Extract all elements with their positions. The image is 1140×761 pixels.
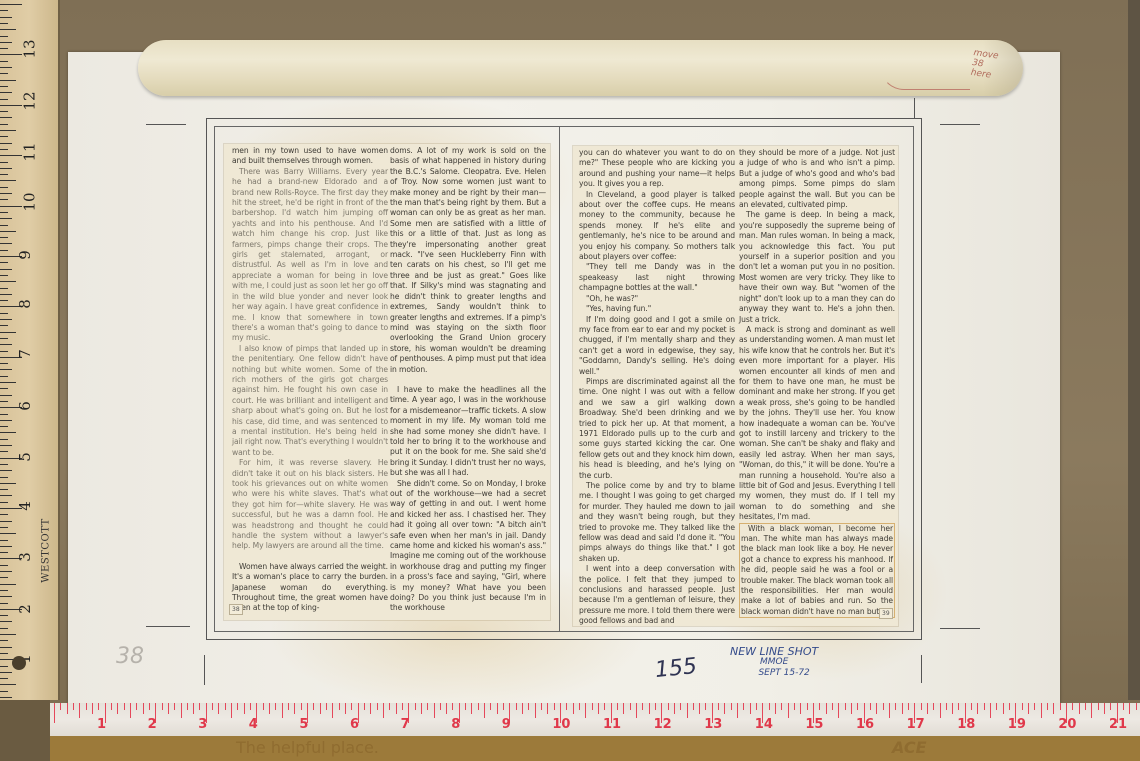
ruler-tick xyxy=(301,703,302,710)
ruler-tick xyxy=(364,703,365,710)
ruler-tick xyxy=(851,703,852,714)
ruler-tick xyxy=(345,703,346,714)
horizontal-ruler: 123456789101112131415161718192021 xyxy=(50,703,1140,736)
ruler-tick xyxy=(0,319,12,320)
ruler-tick xyxy=(1072,703,1073,710)
ruler-tick xyxy=(98,703,99,710)
crop-mark xyxy=(204,655,205,685)
ruler-tick xyxy=(288,703,289,710)
ruler-tick xyxy=(0,571,12,572)
crop-mark xyxy=(914,98,915,118)
ruler-tick xyxy=(0,470,12,471)
ruler-tick xyxy=(0,225,8,226)
ruler-tick xyxy=(0,540,8,541)
note-line: NEW LINE SHOT xyxy=(730,646,818,657)
ruler-tick xyxy=(750,703,751,714)
ruler-tick xyxy=(743,703,744,710)
ruler-tick xyxy=(0,136,8,137)
ruler-tick xyxy=(554,703,555,710)
ruler-tick xyxy=(402,703,403,710)
ruler-tick xyxy=(174,703,175,710)
ruler-tick xyxy=(0,344,12,345)
ruler-tick xyxy=(92,703,93,714)
ruler-tick xyxy=(143,703,144,714)
ruler-tick xyxy=(1003,703,1004,714)
gutter-line xyxy=(559,126,560,632)
ruler-tick xyxy=(199,703,200,710)
ruler-number: 12 xyxy=(21,91,39,110)
ruler-tick xyxy=(250,703,251,710)
paragraph: I also know of pimps that landed up in t… xyxy=(232,344,388,458)
ruler-tick xyxy=(0,73,8,74)
ruler-number: 13 xyxy=(704,717,722,732)
ruler-tick xyxy=(434,703,435,718)
handwritten-note: NEW LINE SHOT MMOE SEPT 15-72 xyxy=(730,646,818,679)
ruler-tick xyxy=(649,703,650,714)
ruler-tick xyxy=(351,703,352,710)
ruler-tick xyxy=(0,250,8,251)
ruler-tick xyxy=(244,703,245,714)
ruler-number: 2 xyxy=(148,717,157,732)
paragraph: If I'm doing good and I got a smile on m… xyxy=(579,315,735,377)
ruler-tick xyxy=(0,388,8,389)
ruler-tick xyxy=(0,231,16,232)
ruler-tick xyxy=(832,703,833,710)
ruler-tick xyxy=(0,590,8,591)
page-number: 39 xyxy=(879,608,893,619)
ruler-number: 5 xyxy=(299,717,308,732)
vertical-ruler: 13 12 11 10 9 8 7 6 5 4 3 2 1 WESTCOTT xyxy=(0,0,60,700)
ruler-tick xyxy=(0,218,12,219)
ruler-tick xyxy=(0,514,8,515)
ruler-number: 11 xyxy=(603,717,621,732)
ruler-tick xyxy=(0,634,16,635)
ruler-tick xyxy=(579,703,580,710)
ruler-tick xyxy=(737,703,738,718)
paragraph: In Cleveland, a good player is talked ab… xyxy=(579,190,735,263)
ruler-tick xyxy=(0,149,8,150)
ruler-tick xyxy=(0,420,12,421)
job-number: 155 xyxy=(654,654,698,683)
ruler-tick xyxy=(0,111,8,112)
ruler-tick xyxy=(1034,703,1035,710)
ruler-tick xyxy=(320,703,321,714)
column-left-2: doms. A lot of my work is sold on the ba… xyxy=(390,146,546,614)
ruler-tick xyxy=(769,703,770,710)
ruler-tick xyxy=(0,124,8,125)
ruler-tick xyxy=(0,243,12,244)
ruler-tick xyxy=(54,703,55,723)
ruler-tick xyxy=(0,395,12,396)
ruler-tick xyxy=(990,703,991,718)
ruler-tick xyxy=(332,703,333,718)
ruler-logo: ACE xyxy=(892,738,927,757)
ruler-tick xyxy=(415,703,416,710)
ruler-tick xyxy=(0,615,8,616)
ruler-tick xyxy=(237,703,238,710)
ruler-tick xyxy=(0,439,8,440)
ruler-tick xyxy=(503,703,504,710)
ruler-tick xyxy=(0,603,8,604)
ruler-tick xyxy=(535,703,536,718)
ruler-tick xyxy=(547,703,548,714)
note-line: SEPT 15-72 xyxy=(750,668,818,679)
ruler-tick xyxy=(0,376,8,377)
ruler-tick xyxy=(421,703,422,714)
ruler-tick xyxy=(0,464,8,465)
ruler-tick xyxy=(971,703,972,710)
ruler-tick xyxy=(0,697,12,698)
ruler-tick xyxy=(0,672,12,673)
ruler-tick xyxy=(60,703,61,710)
ruler-tick xyxy=(0,628,8,629)
ruler-tick xyxy=(883,703,884,710)
ruler-tick xyxy=(0,445,12,446)
paragraph: doms. A lot of my work is sold on the ba… xyxy=(390,146,546,375)
ruler-tick xyxy=(0,48,8,49)
overlay-handwritten-note: move 38 here xyxy=(970,48,1004,82)
ruler-tick xyxy=(984,703,985,710)
ruler-tick xyxy=(0,495,12,496)
ruler-tick xyxy=(0,684,16,685)
note-line: MMOE xyxy=(730,657,818,668)
ruler-tick xyxy=(0,294,12,295)
ruler-tick xyxy=(181,703,182,718)
ruler-tick xyxy=(275,703,276,710)
ruler-tick xyxy=(0,426,8,427)
ruler-tick xyxy=(775,703,776,714)
ruler-tick xyxy=(0,105,22,106)
paragraph: "Oh, he was?" xyxy=(579,294,735,304)
ruler-tick xyxy=(0,42,12,43)
ruler-tick xyxy=(0,237,8,238)
paragraph: The game is deep. In being a mack, you'r… xyxy=(739,210,895,324)
ruler-number: 14 xyxy=(755,717,773,732)
ruler-tick xyxy=(0,451,8,452)
ruler-tick xyxy=(0,92,12,93)
ruler-tick xyxy=(0,29,16,30)
ruler-tick xyxy=(0,640,8,641)
ruler-tick xyxy=(0,691,8,692)
ruler-brand: WESTCOTT xyxy=(41,518,52,582)
ruler-tick xyxy=(218,703,219,714)
ruler-number: 15 xyxy=(805,717,823,732)
ruler-tick xyxy=(933,703,934,710)
ruler-tick xyxy=(0,369,12,370)
ruler-tick xyxy=(0,577,8,578)
ruler-tick xyxy=(876,703,877,714)
ruler-tick xyxy=(339,703,340,710)
ruler-tick xyxy=(484,703,485,718)
ruler-tick xyxy=(0,653,8,654)
ruler-tick xyxy=(927,703,928,714)
ruler-tick xyxy=(471,703,472,714)
ruler-tick xyxy=(326,703,327,710)
ruler-tick xyxy=(655,703,656,710)
ruler-tick xyxy=(908,703,909,710)
paragraph: For him, it was reverse slavery. He didn… xyxy=(232,458,388,552)
ruler-tick xyxy=(0,206,22,207)
ruler-number: 1 xyxy=(97,717,106,732)
ruler-number: 8 xyxy=(16,299,34,309)
ruler-tick xyxy=(0,477,8,478)
ruler-tick xyxy=(162,703,163,710)
ruler-tick xyxy=(73,703,74,710)
ruler-tick xyxy=(0,313,8,314)
ruler-tick xyxy=(1079,703,1080,714)
ruler-tick xyxy=(573,703,574,714)
ruler-tick xyxy=(117,703,118,714)
ruler-tick xyxy=(187,703,188,710)
paragraph: "They tell me Dandy was in the speakeasy… xyxy=(579,262,735,293)
crop-mark xyxy=(921,655,922,683)
ruler-tick xyxy=(149,703,150,710)
ruler-tick xyxy=(465,703,466,710)
ruler-tick xyxy=(269,703,270,714)
ruler-number: 19 xyxy=(1008,717,1026,732)
ruler-tick xyxy=(1022,703,1023,710)
ruler-tick xyxy=(598,703,599,714)
ruler-tick xyxy=(389,703,390,710)
paragraph: I have to make the headlines all the tim… xyxy=(390,385,546,479)
ruler-tick xyxy=(490,703,491,710)
ruler-tick xyxy=(0,300,8,301)
ruler-tick xyxy=(0,325,8,326)
ruler-tick xyxy=(0,502,8,503)
ruler-tick xyxy=(0,552,8,553)
ruler-number: 10 xyxy=(552,717,570,732)
ruler-tick xyxy=(756,703,757,710)
ruler-tick xyxy=(0,143,12,144)
paragraph: "Yes, having fun." xyxy=(579,304,735,314)
ruler-tick xyxy=(377,703,378,710)
ruler-hang-hole xyxy=(12,656,26,670)
crop-mark xyxy=(940,124,980,125)
ruler-tick xyxy=(0,596,12,597)
table-corner xyxy=(0,700,50,761)
ruler-tick xyxy=(516,703,517,710)
ruler-number: 8 xyxy=(451,717,460,732)
ruler-tick xyxy=(946,703,947,710)
ruler-tick xyxy=(0,363,8,364)
ruler-tick xyxy=(724,703,725,714)
ruler-number: 3 xyxy=(16,552,34,562)
ruler-tick xyxy=(889,703,890,718)
ruler-tick xyxy=(921,703,922,710)
ruler-tick xyxy=(0,533,16,534)
ruler-tick xyxy=(0,489,8,490)
ruler-tick xyxy=(0,67,12,68)
ruler-tick xyxy=(845,703,846,710)
page-number: 38 xyxy=(229,604,243,615)
ruler-tick xyxy=(1053,703,1054,714)
ruler-tick xyxy=(617,703,618,710)
ruler-number: 7 xyxy=(401,717,410,732)
ruler-tick xyxy=(0,351,8,352)
ruler-tick xyxy=(0,193,12,194)
ruler-tick xyxy=(940,703,941,718)
ruler-tick xyxy=(522,703,523,714)
ruler-tick xyxy=(794,703,795,710)
ruler-tick xyxy=(313,703,314,710)
ruler-tick xyxy=(566,703,567,710)
paragraph: you can do whatever you want to do on me… xyxy=(579,148,735,190)
ruler-tick xyxy=(807,703,808,710)
ruler-tick xyxy=(718,703,719,710)
ruler-tick xyxy=(977,703,978,714)
ruler-tick xyxy=(79,703,80,718)
ruler-tick xyxy=(168,703,169,714)
ruler-number: 2 xyxy=(16,604,34,614)
paragraph: I went into a deep conversation with the… xyxy=(579,564,735,626)
ruler-tick xyxy=(0,678,8,679)
ruler-tick xyxy=(0,117,12,118)
ruler-tick xyxy=(383,703,384,718)
ruler-tick xyxy=(636,703,637,718)
ruler-number: 6 xyxy=(350,717,359,732)
ruler-tick xyxy=(0,414,8,415)
ruler-tick xyxy=(687,703,688,718)
crop-mark xyxy=(940,628,980,629)
ruler-tick xyxy=(604,703,605,710)
ruler-number: 20 xyxy=(1058,717,1076,732)
paragraph: She didn't come. So on Monday, I broke o… xyxy=(390,479,546,614)
table-edge xyxy=(1128,0,1140,700)
ruler-tick xyxy=(452,703,453,710)
ruler-tick xyxy=(111,703,112,710)
ruler-tick xyxy=(541,703,542,710)
ruler-tick xyxy=(0,199,8,200)
ruler-tick xyxy=(0,647,12,648)
ruler-tick xyxy=(0,262,8,263)
ruler-tick xyxy=(0,666,8,667)
ruler-tick xyxy=(1009,703,1010,710)
ruler-tick xyxy=(705,703,706,710)
ruler-tick xyxy=(642,703,643,710)
ruler-tick xyxy=(952,703,953,714)
ruler-tick xyxy=(0,10,8,11)
new-line-shot-paragraph: With a black woman, I become her man. Th… xyxy=(739,523,895,619)
ruler-tick xyxy=(819,703,820,710)
column-left-1: men in my town used to have women and bu… xyxy=(232,146,388,614)
ruler-tick xyxy=(446,703,447,714)
ruler-number: 5 xyxy=(16,452,34,462)
ruler-number: 21 xyxy=(1109,717,1127,732)
ruler-tick xyxy=(1129,703,1130,714)
ruler-number: 4 xyxy=(249,717,258,732)
ruler-tick xyxy=(1028,703,1029,714)
ruler-tick xyxy=(0,54,22,55)
ruler-tick xyxy=(0,4,22,5)
ruler-tick xyxy=(0,23,8,24)
ruler-tick xyxy=(1041,703,1042,718)
ruler-tick xyxy=(1123,703,1124,710)
column-right-1: you can do whatever you want to do on me… xyxy=(579,148,735,627)
ruler-tick xyxy=(427,703,428,710)
ruler-tick xyxy=(0,269,12,270)
ruler-tick xyxy=(440,703,441,710)
crop-mark xyxy=(146,124,186,125)
ruler-number: 4 xyxy=(16,501,34,511)
ruler-number: 6 xyxy=(16,401,34,411)
ruler-tick xyxy=(0,61,8,62)
ruler-number: 17 xyxy=(907,717,925,732)
ruler-tick xyxy=(0,17,12,18)
ruler-number: 18 xyxy=(957,717,975,732)
ruler-tick xyxy=(996,703,997,710)
ruler-tick xyxy=(0,180,16,181)
paragraph: A mack is strong and dominant as well as… xyxy=(739,325,895,523)
ruler-tick xyxy=(124,703,125,710)
ruler-tick xyxy=(630,703,631,710)
ruler-tick xyxy=(1098,703,1099,710)
ruler-number: 9 xyxy=(16,250,34,260)
ruler-tick xyxy=(497,703,498,714)
ruler-tick xyxy=(193,703,194,714)
ruler-tick xyxy=(0,527,8,528)
ruler-tick xyxy=(680,703,681,710)
ruler-tick xyxy=(731,703,732,710)
ruler-tick xyxy=(370,703,371,714)
ruler-tick xyxy=(396,703,397,714)
ruler-tick xyxy=(0,162,8,163)
ruler-tick xyxy=(212,703,213,710)
ruler-tick xyxy=(699,703,700,714)
paragraph: There was Barry Williams. Every year he … xyxy=(232,167,388,344)
ruler-tick xyxy=(0,86,8,87)
ruler-tick xyxy=(130,703,131,718)
ruler-tick xyxy=(0,288,8,289)
ruler-tick xyxy=(0,275,8,276)
ruler-tick xyxy=(857,703,858,710)
ruler-number: 12 xyxy=(654,717,672,732)
ruler-tick xyxy=(263,703,264,710)
ruler-tick xyxy=(136,703,137,710)
ruler-tick xyxy=(1047,703,1048,710)
ruler-base: The helpful place. ACE ACE xyxy=(50,736,1140,761)
ruler-tick xyxy=(800,703,801,714)
ruler-tick xyxy=(86,703,87,710)
ruler-tick xyxy=(67,703,68,714)
ruler-tick xyxy=(0,187,8,188)
ruler-tick xyxy=(0,212,8,213)
ruler-tick xyxy=(231,703,232,718)
ruler-tick xyxy=(282,703,283,718)
ruler-tick xyxy=(0,401,8,402)
ruler-tick xyxy=(902,703,903,714)
paragraph: The police come by and try to blame me. … xyxy=(579,481,735,564)
ruler-tick xyxy=(826,703,827,714)
ruler-tick xyxy=(1085,703,1086,710)
ruler-tick xyxy=(693,703,694,710)
ruler-tick xyxy=(0,432,16,433)
ruler-number: 9 xyxy=(502,717,511,732)
paragraph: Women have always carried the weight. It… xyxy=(232,562,388,614)
ruler-tick xyxy=(0,382,16,383)
ruler-tick xyxy=(0,332,16,333)
ruler-tick xyxy=(294,703,295,714)
ruler-tick xyxy=(0,546,12,547)
ruler-tick xyxy=(788,703,789,718)
ruler-number: 16 xyxy=(856,717,874,732)
ruler-tick xyxy=(838,703,839,718)
ruler-tick xyxy=(958,703,959,710)
paragraph: Pimps are discriminated against all the … xyxy=(579,377,735,481)
ruler-tick xyxy=(1110,703,1111,710)
crop-mark xyxy=(146,626,190,627)
page-39: you can do whatever you want to do on me… xyxy=(573,146,898,626)
paragraph: men in my town used to have women and bu… xyxy=(232,146,388,167)
